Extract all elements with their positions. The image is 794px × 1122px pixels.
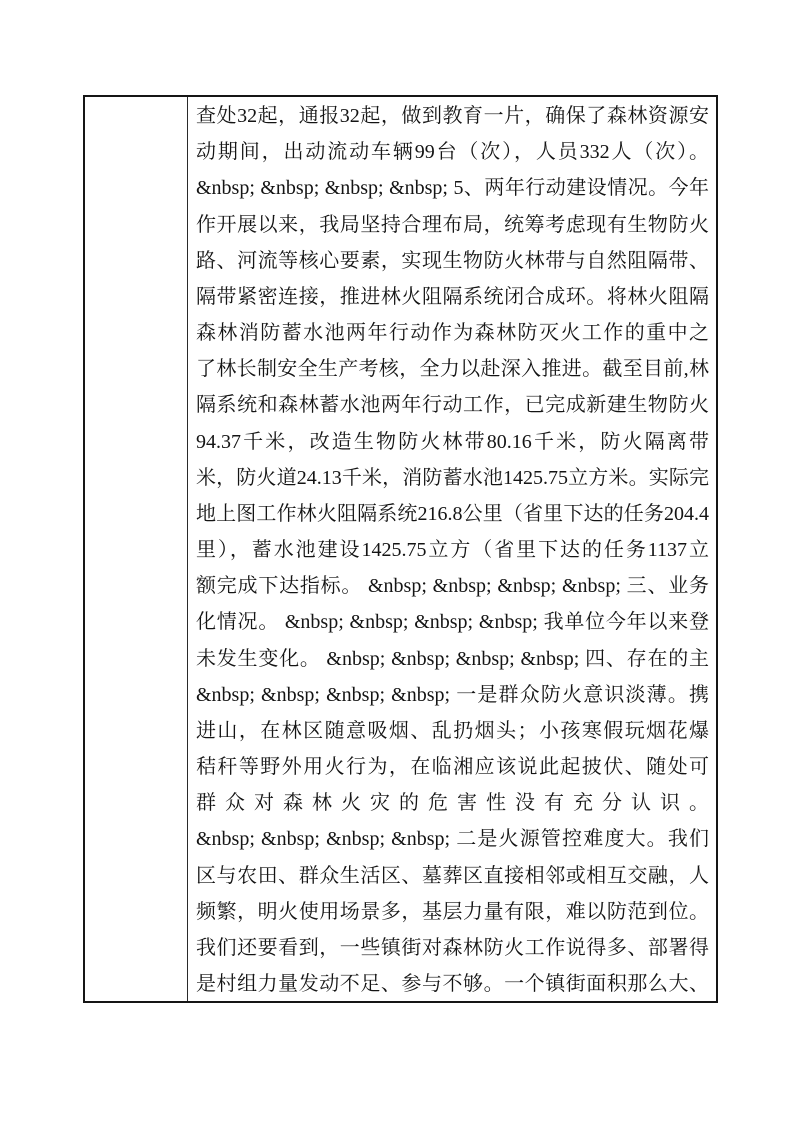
text-line: &nbsp; &nbsp; &nbsp; &nbsp; 一是群众防火意识淡薄。携… xyxy=(196,677,709,713)
report-table: 查处32起，通报32起，做到教育一片，确保了森林资源安全，活 动期间，出动流动车… xyxy=(83,95,718,1003)
text-line: 作开展以来，我局坚持合理布局，统筹考虑现有生物防火带、道 xyxy=(196,207,709,243)
text-line: 我们还要看到，一些镇街对森林防火工作说得多、部署得多，但 xyxy=(196,930,709,966)
text-line: 里），蓄水池建设1425.75立方（省里下达的任务1137立方），均超 xyxy=(196,532,709,568)
text-line: 森林消防蓄水池两年行动作为森林防灭火工作的重中之重，纳入 xyxy=(196,315,709,351)
text-line: 查处32起，通报32起，做到教育一片，确保了森林资源安全，活 xyxy=(196,98,709,134)
text-line: 额完成下达指标。 &nbsp; &nbsp; &nbsp; &nbsp; 三、业… xyxy=(196,568,709,604)
text-line: 秸秆等野外用火行为，在临湘应该说此起披伏、随处可见。不少 xyxy=(196,749,709,785)
text-line: 进山，在林区随意吸烟、乱扔烟头；小孩寒假玩烟花爆竹；焚烧 xyxy=(196,713,709,749)
text-line: 未发生变化。 &nbsp; &nbsp; &nbsp; &nbsp; 四、存在的… xyxy=(196,641,709,677)
text-line: 94.37千米，改造生物防火林带80.16千米，防火隔离带18.13千 xyxy=(196,424,709,460)
text-line: 区与农田、群众生活区、墓葬区直接相邻或相互交融，人员活动 xyxy=(196,858,709,894)
text-line: 地上图工作林火阻隔系统216.8公里（省里下达的任务204.4公 xyxy=(196,496,709,532)
label-cell xyxy=(85,97,188,1001)
text-line: 隔带紧密连接，推进林火阻隔系统闭合成环。将林火阻隔系统和 xyxy=(196,279,709,315)
text-line: 群众对森林火灾的危害性没有充分认识。 xyxy=(196,785,709,821)
text-line: 路、河流等核心要素，实现生物防火林带与自然阻隔带、工程阻 xyxy=(196,243,709,279)
text-line: 动期间，出动流动车辆99台（次），人员332人（次）。 xyxy=(196,134,709,170)
text-line: &nbsp; &nbsp; &nbsp; &nbsp; 5、两年行动建设情况。今… xyxy=(196,170,709,206)
text-line: 了林长制安全生产考核，全力以赴深入推进。截至目前,林火阻 xyxy=(196,351,709,387)
text-line: 化情况。 &nbsp; &nbsp; &nbsp; &nbsp; 我单位今年以来… xyxy=(196,604,709,640)
text-line: 隔系统和森林蓄水池两年行动工作，已完成新建生物防火林带 xyxy=(196,387,709,423)
text-line: 频繁，明火使用场景多，基层力量有限，难以防范到位。同时， xyxy=(196,894,709,930)
text-line: 米，防火道24.13千米，消防蓄水池1425.75立方米。实际完成落 xyxy=(196,460,709,496)
document-page: 查处32起，通报32起，做到教育一片，确保了森林资源安全，活 动期间，出动流动车… xyxy=(0,0,794,1122)
text-line: 是村组力量发动不足、参与不够。一个镇街面积那么大、地域那 xyxy=(196,966,709,1001)
content-cell: 查处32起，通报32起，做到教育一片，确保了森林资源安全，活 动期间，出动流动车… xyxy=(188,97,716,1001)
text-line: &nbsp; &nbsp; &nbsp; &nbsp; 二是火源管控难度大。我们… xyxy=(196,821,709,857)
